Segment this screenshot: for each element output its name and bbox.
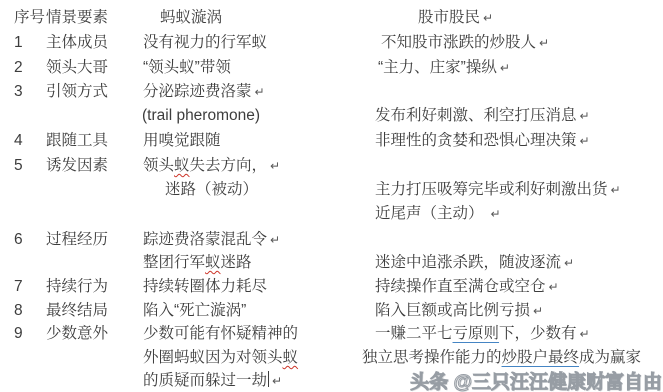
paragraph-mark-icon: ↵ <box>483 11 493 25</box>
row-number: 1 <box>14 31 23 55</box>
paragraph-mark-icon: ↵ <box>564 256 574 270</box>
stock-column-cell: 持续操作直至满仓或空仓↵ <box>375 275 559 299</box>
row-label: 跟随工具 <box>46 129 108 153</box>
ant-column-cell: 整团行军蚁迷路 <box>143 251 252 275</box>
ant-column-cell: “领头蚁”带领 <box>143 56 231 80</box>
cell-text: 不知股市涨跌的炒股人 <box>381 34 536 51</box>
table-header-row: 序号 情景要素 蚂蚁漩涡 股市股民↵ <box>0 6 663 30</box>
row-label: 最终结局 <box>46 299 108 323</box>
row-number: 7 <box>14 275 23 299</box>
cell-text: “主力、庄家”操纵 <box>378 59 497 76</box>
cell-text: 一赚二平七 <box>375 325 453 342</box>
row-number: 3 <box>14 80 23 104</box>
header-text: 股市股民 <box>418 9 480 26</box>
table-row: 4 跟随工具 用嗅觉跟随 非理性的贪婪和恐惧心理决策↵ <box>0 129 663 153</box>
misspelling-underline: 蚁 <box>205 254 221 271</box>
paragraph-mark-icon: ↵ <box>272 374 282 388</box>
cell-text: 领头 <box>143 157 174 174</box>
ant-column-cell: 领头蚁失去方向，↵ <box>143 154 280 178</box>
header-stock-investors: 股市股民↵ <box>418 6 493 30</box>
cell-text: 成为赢家 <box>579 349 641 366</box>
grammar-underline: 炒股户最终 <box>502 349 580 366</box>
row-label: 引领方式 <box>46 80 108 104</box>
table-row: 8 最终结局 陷入“死亡漩涡” 陷入巨额或高比例亏损↵ <box>0 299 663 323</box>
cell-text: 外圈蚂蚁因为对领头 <box>143 349 283 366</box>
table-row: (trail pheromone) 发布利好刺激、利空打压消息↵ <box>0 104 663 128</box>
table-row: 1 主体成员 没有视力的行军蚁 不知股市涨跌的炒股人↵ <box>0 31 663 55</box>
cell-text: 陷入巨额或高比例亏损 <box>375 302 530 319</box>
ant-column-cell: 用嗅觉跟随 <box>143 129 221 153</box>
row-label: 少数意外 <box>46 322 108 346</box>
misspelling-underline: 蚁 <box>283 349 299 366</box>
misspelling-underline: 蚁 <box>174 157 190 174</box>
paragraph-mark-icon: ↵ <box>533 304 543 318</box>
table-row: 7 持续行为 持续转圈体力耗尽 持续操作直至满仓或空仓↵ <box>0 275 663 299</box>
ant-column-cell: 持续转圈体力耗尽 <box>143 275 267 299</box>
cell-text: 踪迹费洛蒙混乱令 <box>143 231 267 248</box>
table-row: 整团行军蚁迷路 迷途中追涨杀跌，随波逐流↵ <box>0 251 663 275</box>
row-label: 主体成员 <box>46 31 108 55</box>
cell-text: 持续操作直至满仓或空仓 <box>375 278 546 295</box>
paragraph-mark-icon: ↵ <box>549 280 559 294</box>
cell-text: 主力打压吸筹完毕或利好刺激出货 <box>375 181 608 198</box>
table-row: 5 诱发因素 领头蚁失去方向，↵ <box>0 154 663 178</box>
paragraph-mark-icon: ↵ <box>270 159 280 173</box>
cell-text: 下，少数有 <box>499 325 577 342</box>
document-page: 序号 情景要素 蚂蚁漩涡 股市股民↵ 1 主体成员 没有视力的行军蚁 不知股市涨… <box>0 0 663 392</box>
ant-column-cell: 陷入“死亡漩涡” <box>143 299 246 323</box>
stock-column-cell: 陷入巨额或高比例亏损↵ <box>375 299 543 323</box>
paragraph-mark-icon: ↵ <box>270 233 280 247</box>
ant-column-cell: 迷路（被动） <box>165 178 258 202</box>
stock-column-cell: 迷途中追涨杀跌，随波逐流↵ <box>375 251 574 275</box>
table-row: 3 引领方式 分泌踪迹费洛蒙↵ <box>0 80 663 104</box>
stock-column-cell: 非理性的贪婪和恐惧心理决策↵ <box>375 129 590 153</box>
cell-text: 近尾声（主动） <box>375 205 484 222</box>
stock-column-cell: 发布利好刺激、利空打压消息↵ <box>375 104 590 128</box>
table-row: 2 领头大哥 “领头蚁”带领 “主力、庄家”操纵↵ <box>0 56 663 80</box>
ant-column-cell: 踪迹费洛蒙混乱令↵ <box>143 228 280 252</box>
grammar-underline: 亏原则 <box>453 325 500 342</box>
row-number: 9 <box>14 322 23 346</box>
row-label: 持续行为 <box>46 275 108 299</box>
ant-column-cell: 外圈蚂蚁因为对领头蚁 <box>143 346 298 370</box>
row-number: 8 <box>14 299 23 323</box>
ant-column-cell: 的质疑而躲过一劫↵ <box>143 369 282 392</box>
paragraph-mark-icon: ↵ <box>500 61 510 75</box>
ant-column-cell: 少数可能有怀疑精神的 <box>143 322 298 346</box>
header-num: 序号 <box>14 6 45 30</box>
row-label: 诱发因素 <box>46 154 108 178</box>
stock-column-cell: 近尾声（主动）↵ <box>375 202 501 226</box>
toutiao-watermark: 头条 @三只汪汪健康财富自由 <box>410 367 662 392</box>
stock-column-cell: “主力、庄家”操纵↵ <box>378 56 510 80</box>
table-row: 迷路（被动） 主力打压吸筹完毕或利好刺激出货↵ <box>0 178 663 202</box>
text-cursor <box>268 371 269 387</box>
cell-text: 迷路 <box>221 254 252 271</box>
paragraph-mark-icon: ↵ <box>580 134 590 148</box>
ant-column-cell: (trail pheromone) <box>142 104 260 128</box>
paragraph-mark-icon: ↵ <box>255 85 265 99</box>
cell-text: 失去方向， <box>190 157 268 174</box>
row-label: 过程经历 <box>46 228 108 252</box>
stock-column-cell: 不知股市涨跌的炒股人↵ <box>381 31 549 55</box>
paragraph-mark-icon: ↵ <box>491 207 501 221</box>
header-ant-vortex: 蚂蚁漩涡 <box>160 6 222 30</box>
cell-text: 整团行军 <box>143 254 205 271</box>
table-row: 近尾声（主动）↵ <box>0 202 663 226</box>
row-number: 2 <box>14 56 23 80</box>
header-scenario-element: 情景要素 <box>46 6 108 30</box>
table-row: 6 过程经历 踪迹费洛蒙混乱令↵ <box>0 228 663 252</box>
ant-column-cell: 分泌踪迹费洛蒙↵ <box>143 80 265 104</box>
cell-text: 独立思考操作能力的 <box>362 349 502 366</box>
cell-text: 非理性的贪婪和恐惧心理决策 <box>375 132 577 149</box>
row-number: 4 <box>14 129 23 153</box>
cell-text: 的质疑而躲过一劫 <box>143 372 267 389</box>
paragraph-mark-icon: ↵ <box>580 109 590 123</box>
row-label: 领头大哥 <box>46 56 108 80</box>
cell-text: 迷途中追涨杀跌，随波逐流 <box>375 254 561 271</box>
paragraph-mark-icon: ↵ <box>611 183 621 197</box>
paragraph-mark-icon: ↵ <box>539 36 549 50</box>
table-row: 9 少数意外 少数可能有怀疑精神的 一赚二平七亏原则下，少数有↵ <box>0 322 663 346</box>
stock-column-cell: 一赚二平七亏原则下，少数有↵ <box>375 322 590 346</box>
ant-column-cell: 没有视力的行军蚁 <box>143 31 267 55</box>
cell-text: 发布利好刺激、利空打压消息 <box>375 107 577 124</box>
cell-text: 分泌踪迹费洛蒙 <box>143 83 252 100</box>
stock-column-cell: 主力打压吸筹完毕或利好刺激出货↵ <box>375 178 621 202</box>
row-number: 5 <box>14 154 23 178</box>
paragraph-mark-icon: ↵ <box>580 327 590 341</box>
row-number: 6 <box>14 228 23 252</box>
